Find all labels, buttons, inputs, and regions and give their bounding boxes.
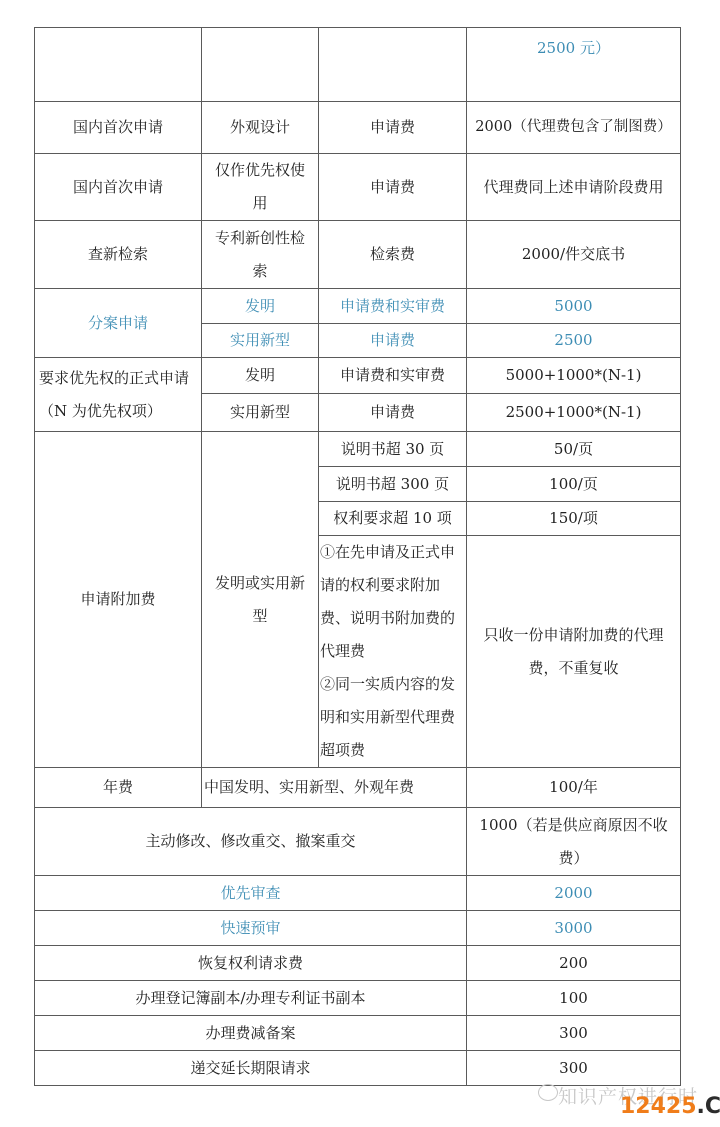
cell: 说明书超 30 页 — [319, 432, 467, 467]
cell: 外观设计 — [202, 102, 319, 154]
cell — [202, 28, 319, 102]
cell: 300 — [467, 1051, 681, 1086]
watermark: 知识产权进行时 12425.CN — [538, 1082, 718, 1122]
cell: 中国发明、实用新型、外观年费 — [202, 768, 467, 808]
cell: 2000 — [467, 876, 681, 911]
cell: 递交延长期限请求 — [35, 1051, 467, 1086]
cell: 国内首次申请 — [35, 154, 202, 221]
cell: 优先审查 — [35, 876, 467, 911]
cell: 2000/件交底书 — [467, 221, 681, 289]
cell: 1000（若是供应商原因不收费） — [467, 808, 681, 876]
cell: 申请费 — [319, 154, 467, 221]
table-row: 查新检索 专利新创性检索 检索费 2000/件交底书 — [35, 221, 681, 289]
cell: 100/年 — [467, 768, 681, 808]
table-row: 办理费减备案 300 — [35, 1016, 681, 1051]
cell: 100/页 — [467, 467, 681, 502]
cell: 100 — [467, 981, 681, 1016]
cell: 只收一份申请附加费的代理费，不重复收 — [467, 536, 681, 768]
cell: 发明或实用新型 — [202, 432, 319, 768]
cell: 仅作优先权使用 — [202, 154, 319, 221]
table-row: 国内首次申请 仅作优先权使用 申请费 代理费同上述申请阶段费用 — [35, 154, 681, 221]
cell: 查新检索 — [35, 221, 202, 289]
cell: 2500+1000*(N-1) — [467, 394, 681, 432]
cell: 申请费 — [319, 324, 467, 358]
cell: 发明 — [202, 289, 319, 324]
table-row: 恢复权利请求费 200 — [35, 946, 681, 981]
cell: 主动修改、修改重交、撤案重交 — [35, 808, 467, 876]
cell: 检索费 — [319, 221, 467, 289]
cell: 3000 — [467, 911, 681, 946]
cell: 300 — [467, 1016, 681, 1051]
cell: 5000 — [467, 289, 681, 324]
cell: 50/页 — [467, 432, 681, 467]
table-row: 国内首次申请 外观设计 申请费 2000（代理费包含了制图费） — [35, 102, 681, 154]
note-1: ①在先申请及正式申请的权利要求附加费、说明书附加费的代理费 — [320, 536, 465, 668]
cell: 2500 — [467, 324, 681, 358]
cell: 申请费 — [319, 102, 467, 154]
cell — [319, 28, 467, 102]
cell: 要求优先权的正式申请（N 为优先权项） — [35, 358, 202, 432]
cell: ①在先申请及正式申请的权利要求附加费、说明书附加费的代理费 ②同一实质内容的发明… — [319, 536, 467, 768]
cell: 5000+1000*(N-1) — [467, 358, 681, 394]
cell: 权利要求超 10 项 — [319, 502, 467, 536]
cell — [35, 28, 202, 102]
table-row: 分案申请 发明 申请费和实审费 5000 — [35, 289, 681, 324]
cell: 快速预审 — [35, 911, 467, 946]
cell: 2000（代理费包含了制图费） — [467, 102, 681, 154]
table-row: 办理登记簿副本/办理专利证书副本 100 — [35, 981, 681, 1016]
cell: 200 — [467, 946, 681, 981]
watermark-site: 12425.CN — [620, 1094, 720, 1119]
cell: 恢复权利请求费 — [35, 946, 467, 981]
table-row: 年费 中国发明、实用新型、外观年费 100/年 — [35, 768, 681, 808]
cell: 150/项 — [467, 502, 681, 536]
cell: 实用新型 — [202, 394, 319, 432]
cell: 专利新创性检索 — [202, 221, 319, 289]
cell: 办理费减备案 — [35, 1016, 467, 1051]
cell: 发明 — [202, 358, 319, 394]
wechat-icon — [538, 1084, 558, 1101]
table-row: 优先审查 2000 — [35, 876, 681, 911]
note-2: ②同一实质内容的发明和实用新型代理费超项费 — [320, 668, 465, 767]
cell: 实用新型 — [202, 324, 319, 358]
cell: 说明书超 300 页 — [319, 467, 467, 502]
table-row: 申请附加费 发明或实用新型 说明书超 30 页 50/页 — [35, 432, 681, 467]
fee-table: 2500 元） 国内首次申请 外观设计 申请费 2000（代理费包含了制图费） … — [34, 27, 681, 1086]
cell: 办理登记簿副本/办理专利证书副本 — [35, 981, 467, 1016]
cell: 申请费和实审费 — [319, 358, 467, 394]
table-row: 快速预审 3000 — [35, 911, 681, 946]
table-row: 主动修改、修改重交、撤案重交 1000（若是供应商原因不收费） — [35, 808, 681, 876]
cell: 申请费 — [319, 394, 467, 432]
table-row: 2500 元） — [35, 28, 681, 102]
cell: 代理费同上述申请阶段费用 — [467, 154, 681, 221]
table-row: 要求优先权的正式申请（N 为优先权项） 发明 申请费和实审费 5000+1000… — [35, 358, 681, 394]
cell: 申请费和实审费 — [319, 289, 467, 324]
cell: 申请附加费 — [35, 432, 202, 768]
cell: 年费 — [35, 768, 202, 808]
table-row: 递交延长期限请求 300 — [35, 1051, 681, 1086]
cell: 分案申请 — [35, 289, 202, 358]
cell: 2500 元） — [467, 28, 681, 102]
cell: 国内首次申请 — [35, 102, 202, 154]
